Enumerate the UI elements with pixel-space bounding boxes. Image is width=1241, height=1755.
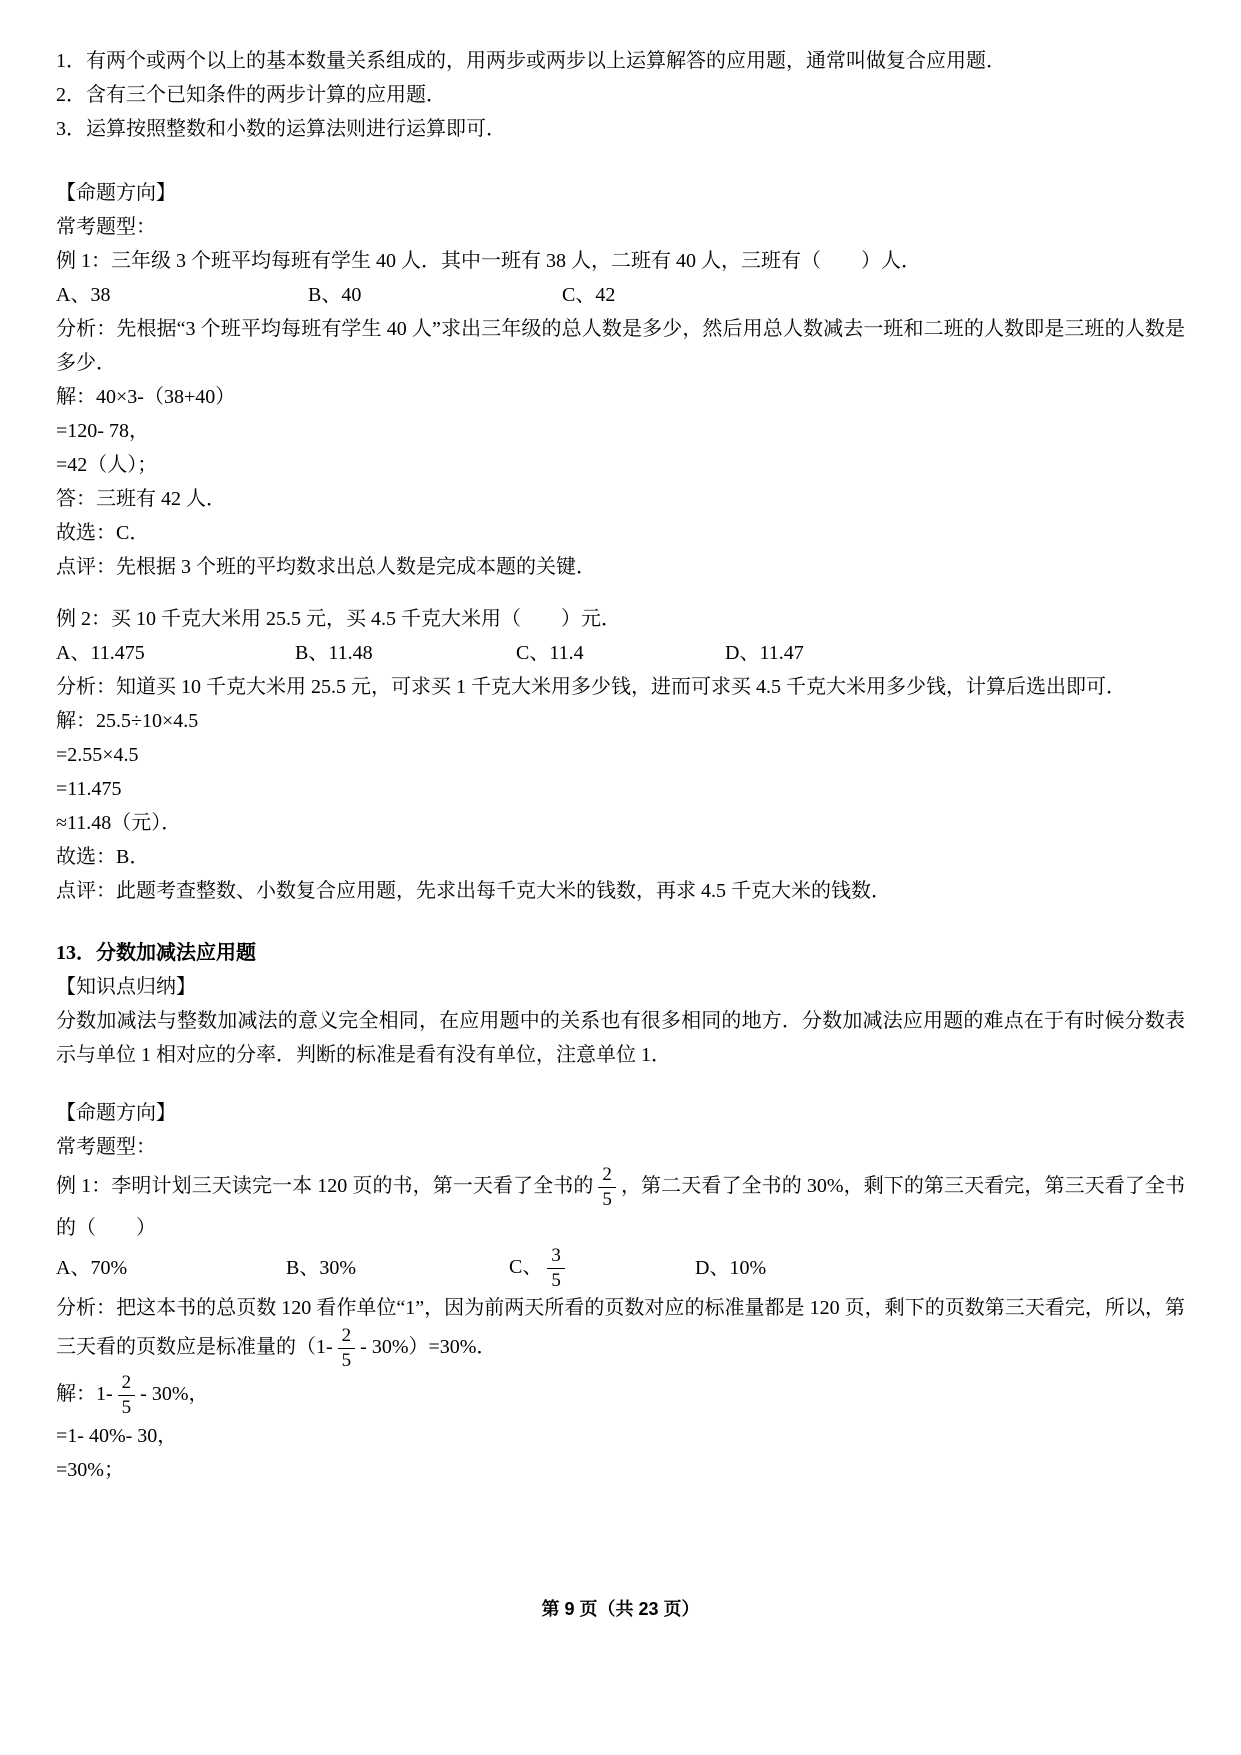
sec1-subheading: 常考题型： — [56, 210, 1185, 244]
fraction-two-fifths: 25 — [598, 1164, 616, 1211]
sec2-direction-heading: 【命题方向】 — [56, 1096, 1185, 1130]
sec1-ex2-choice: 故选：B． — [56, 840, 1185, 874]
sec1-ex1-solution-step: =42（人）； — [56, 448, 1185, 482]
sec2-knowledge-text: 分数加减法与整数加减法的意义完全相同，在应用题中的关系也有很多相同的地方．分数加… — [56, 1004, 1185, 1072]
sec2-subheading: 常考题型： — [56, 1130, 1185, 1164]
fraction-denominator: 5 — [547, 1269, 565, 1292]
sec1-ex2-option-c: C、11.4 — [516, 636, 725, 670]
fraction-denominator: 5 — [598, 1188, 616, 1211]
sec2-ex1-solution-step: =1- 40%- 30， — [56, 1419, 1185, 1453]
sec1-ex2-solution-step: =11.475 — [56, 772, 1185, 806]
sec1-ex1-question: 例 1：三年级 3 个班平均每班有学生 40 人．其中一班有 38 人，二班有 … — [56, 244, 1185, 278]
sec2-ex1-option-d: D、10% — [695, 1251, 1185, 1285]
sec1-ex2-solution-step: 解：25.5÷10×4.5 — [56, 704, 1185, 738]
sec1-ex2-option-d: D、11.47 — [725, 636, 1185, 670]
sec1-ex1-choice: 故选：C． — [56, 516, 1185, 550]
sec1-direction-heading: 【命题方向】 — [56, 176, 1185, 210]
sec2-ex1-analysis-text: 分析：把这本书的总页数 120 看作单位“1”，因为前两天所看的页数对应的标准量… — [56, 1297, 1185, 1358]
document-page: 1．有两个或两个以上的基本数量关系组成的，用两步或两步以上运算解答的应用题，通常… — [0, 0, 1241, 1755]
section-gap — [56, 908, 1185, 936]
sec2-ex1-options: A、70% B、30% C、35 D、10% — [56, 1245, 1185, 1292]
sec1-ex1-option-b: B、40 — [308, 278, 562, 312]
sec1-ex2-question: 例 2：买 10 千克大米用 25.5 元，买 4.5 千克大米用（ ）元． — [56, 602, 1185, 636]
sec1-ex2-comment: 点评：此题考查整数、小数复合应用题，先求出每千克大米的钱数，再求 4.5 千克大… — [56, 874, 1185, 908]
sec2-ex1-solution-line: 解：1-25- 30%， — [56, 1372, 1185, 1419]
sec1-ex1-comment: 点评：先根据 3 个班的平均数求出总人数是完成本题的关键． — [56, 550, 1185, 584]
section-gap — [56, 584, 1185, 602]
fraction-denominator: 5 — [118, 1396, 136, 1419]
section-gap — [56, 146, 1185, 176]
sec1-ex2-option-b: B、11.48 — [295, 636, 516, 670]
sec1-ex2-solution-step: =2.55×4.5 — [56, 738, 1185, 772]
sec1-ex1-options: A、38 B、40 C、42 — [56, 278, 1185, 312]
sec1-ex1-option-c: C、42 — [562, 278, 1185, 312]
fraction-numerator: 2 — [598, 1164, 616, 1188]
fraction-numerator: 2 — [118, 1372, 136, 1396]
intro-line-3: 3．运算按照整数和小数的运算法则进行运算即可． — [56, 112, 1185, 146]
sec1-ex1-answer: 答：三班有 42 人． — [56, 482, 1185, 516]
fraction-two-fifths: 25 — [118, 1372, 136, 1419]
sec1-ex2-solution-step: ≈11.48（元）． — [56, 806, 1185, 840]
sec1-ex1-solution-step: 解：40×3-（38+40） — [56, 380, 1185, 414]
sec2-heading: 13．分数加减法应用题 — [56, 936, 1185, 970]
section-gap — [56, 1072, 1185, 1096]
page-footer: 第 9 页（共 23 页） — [0, 1594, 1241, 1624]
sec2-ex1-question-text: 例 1：李明计划三天读完一本 120 页的书，第一天看了全书的 — [56, 1175, 593, 1197]
sec2-ex1-analysis: 分析：把这本书的总页数 120 看作单位“1”，因为前两天所看的页数对应的标准量… — [56, 1291, 1185, 1372]
sec2-ex1-analysis-text: - 30%）=30%． — [360, 1336, 496, 1358]
fraction-three-fifths: 35 — [547, 1245, 565, 1292]
sec2-ex1-solution-step: =30%； — [56, 1453, 1185, 1487]
sec2-ex1-option-b: B、30% — [286, 1251, 509, 1285]
sec2-ex1-question: 例 1：李明计划三天读完一本 120 页的书，第一天看了全书的25，第二天看了全… — [56, 1164, 1185, 1245]
sec1-ex1-analysis: 分析：先根据“3 个班平均每班有学生 40 人”求出三年级的总人数是多少，然后用… — [56, 312, 1185, 380]
intro-line-2: 2．含有三个已知条件的两步计算的应用题． — [56, 78, 1185, 112]
fraction-numerator: 3 — [547, 1245, 565, 1269]
sec1-ex2-options: A、11.475 B、11.48 C、11.4 D、11.47 — [56, 636, 1185, 670]
fraction-denominator: 5 — [338, 1349, 356, 1372]
sec2-ex1-option-a: A、70% — [56, 1251, 286, 1285]
sec1-ex2-analysis: 分析：知道买 10 千克大米用 25.5 元，可求买 1 千克大米用多少钱，进而… — [56, 670, 1185, 704]
sec1-ex1-solution-step: =120- 78， — [56, 414, 1185, 448]
sec2-ex1-solution-text: 解：1- — [56, 1383, 113, 1405]
sec2-ex1-solution-text: - 30%， — [140, 1383, 208, 1405]
sec1-ex2-option-a: A、11.475 — [56, 636, 295, 670]
sec1-ex1-option-a: A、38 — [56, 278, 308, 312]
fraction-two-fifths: 25 — [338, 1325, 356, 1372]
intro-line-1: 1．有两个或两个以上的基本数量关系组成的，用两步或两步以上运算解答的应用题，通常… — [56, 44, 1185, 78]
fraction-numerator: 2 — [338, 1325, 356, 1349]
sec2-ex1-option-c: C、35 — [509, 1245, 695, 1292]
sec2-ex1-option-c-label: C、 — [509, 1256, 542, 1278]
sec2-knowledge-heading: 【知识点归纳】 — [56, 970, 1185, 1004]
